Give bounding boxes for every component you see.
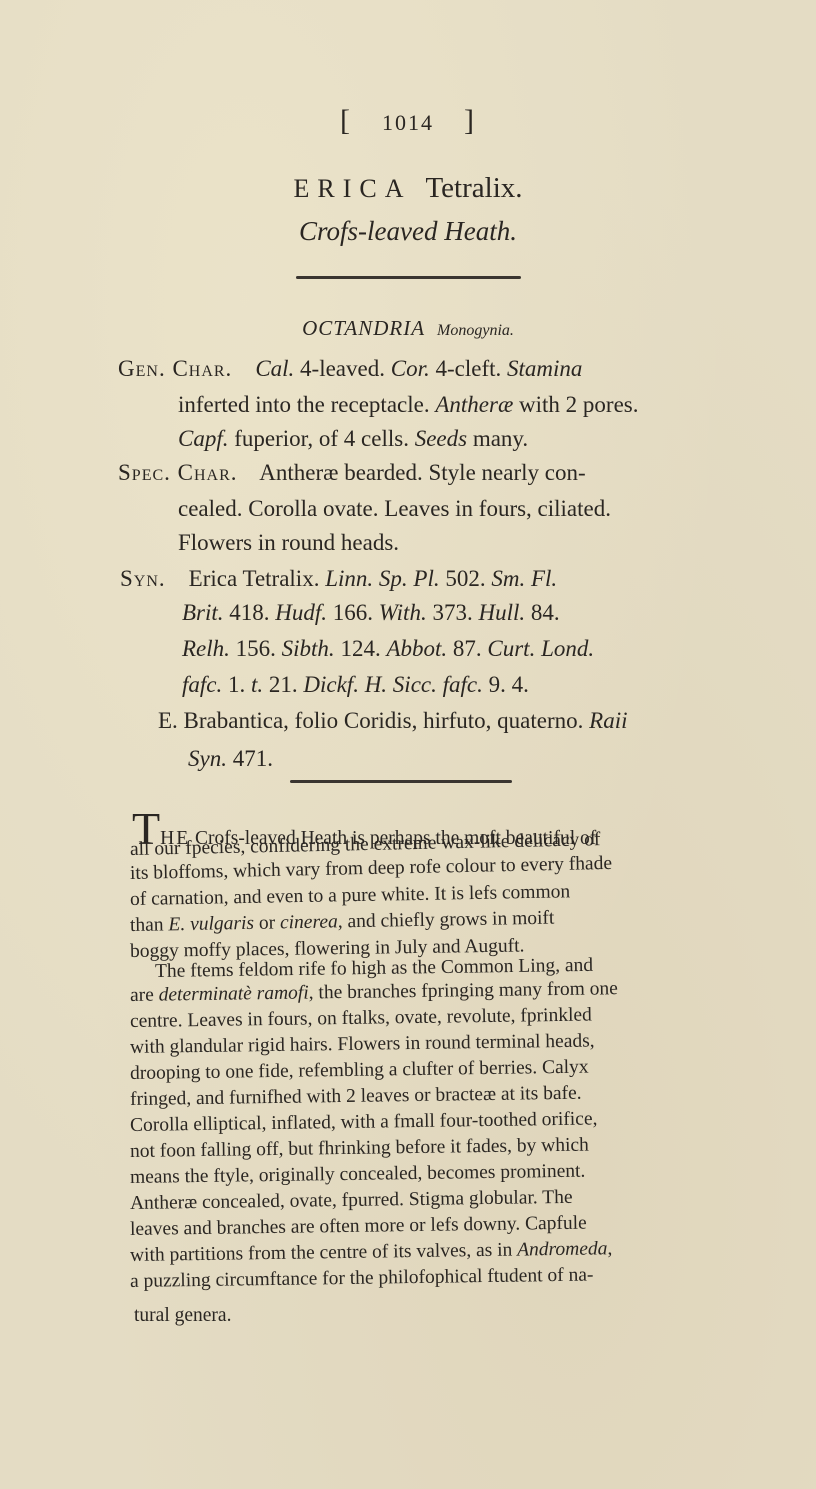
gen-char-line-1: Gen. Char. Cal. 4-leaved. Cor. 4-cleft. … (118, 356, 582, 382)
spec-char-line-3: Flowers in round heads. (178, 530, 399, 556)
order-name: Monogynia. (437, 322, 514, 339)
species-title: ERICATetralix. (0, 172, 816, 205)
ref: Linn. (325, 566, 373, 591)
desc-line-18: with partitions from the centre of its v… (130, 1239, 613, 1265)
ref: Sm. Fl. (491, 566, 557, 591)
text: with partitions from the centre of its v… (130, 1240, 517, 1266)
desc-line-16: Antheræ concealed, ovate, fpurred. Stigm… (130, 1188, 573, 1214)
spec-char-label: Spec. Char. (118, 460, 238, 485)
ref: With. (379, 600, 427, 625)
term: Seeds (415, 426, 467, 451)
desc-line-4: of carnation, and even to a pure white. … (130, 882, 571, 909)
syn-line-3: Relh. 156. Sibth. 124. Abbot. 87. Curt. … (182, 636, 594, 662)
class-name: OCTANDRIA (302, 316, 425, 340)
spec-char-line-2: cealed. Corolla ovate. Leaves in fours, … (178, 496, 611, 522)
text: 4-leaved. (294, 356, 390, 381)
ref: Abbot. (386, 636, 447, 661)
ref: Dickf. H. Sicc. fafc. (303, 672, 482, 697)
text: Antheræ bearded. Style nearly con- (259, 460, 585, 485)
book-page: [1014] ERICATetralix. Crofs-leaved Heath… (0, 0, 816, 1489)
text: 1. (222, 672, 251, 697)
ref: Sp. Pl. (379, 566, 440, 591)
desc-line-8: are determinatè ramofi, the branches fpr… (130, 979, 618, 1005)
classification: OCTANDRIAMonogynia. (0, 316, 816, 341)
text: 87. (447, 636, 487, 661)
gen-char-label: Gen. Char. (118, 356, 232, 381)
text: with 2 pores. (513, 392, 638, 417)
text: , and chiefly grows in moift (338, 908, 555, 933)
syn-line-2: Brit. 418. Hudf. 166. With. 373. Hull. 8… (182, 600, 560, 626)
syn-line-6: Syn. 471. (188, 746, 273, 772)
ref: Syn. (188, 746, 227, 771)
ref: t. (251, 672, 263, 697)
desc-line-19: a puzzling circumftance for the philofop… (130, 1266, 594, 1292)
ref: Brit. (182, 600, 224, 625)
text: than (130, 914, 169, 936)
text: or (254, 912, 280, 933)
divider-top (296, 276, 521, 279)
desc-line-15: means the ftyle, originally concealed, b… (130, 1162, 586, 1188)
term: E. vulgaris (168, 913, 254, 935)
text: 373. (427, 600, 479, 625)
text: many. (467, 426, 528, 451)
desc-line-14: not foon falling off, but fhrinking befo… (130, 1136, 589, 1162)
text: fuperior, of 4 cells. (228, 426, 414, 451)
text: inferted into the receptacle. (178, 392, 435, 417)
syn-line-4: fafc. 1. t. 21. Dickf. H. Sicc. fafc. 9.… (182, 672, 529, 698)
text: 471. (227, 746, 273, 771)
desc-line-7: The ftems feldom rife fo high as the Com… (155, 956, 593, 982)
text: 9. 4. (483, 672, 529, 697)
page-number: [1014] (0, 104, 816, 138)
desc-line-13: Corolla elliptical, inflated, with a fma… (130, 1109, 598, 1135)
ref: fafc. (182, 672, 222, 697)
spec-char-line-1: Spec. Char. Antheræ bearded. Style nearl… (118, 460, 586, 486)
term: Capf. (178, 426, 228, 451)
text: 124. (335, 636, 387, 661)
term: Andromeda (517, 1238, 608, 1260)
text: 156. (230, 636, 282, 661)
syn-line-5: E. Brabantica, folio Coridis, hirfuto, q… (158, 708, 628, 734)
bracket-right: ] (464, 104, 476, 137)
term: cinerea (280, 911, 338, 933)
ref: Hudf. (275, 600, 327, 625)
text: 84. (525, 600, 560, 625)
species-name: Tetralix. (425, 172, 522, 204)
text: 21. (263, 672, 303, 697)
ref: Hull. (478, 600, 525, 625)
text: , the branches fpringing many from one (309, 978, 618, 1003)
term: determinatè ramofi (159, 983, 309, 1006)
text: E. Brabantica, folio Coridis, hirfuto, q… (158, 708, 589, 733)
text: , (607, 1238, 612, 1259)
term: Stamina (507, 356, 582, 381)
syn-label: Syn. (120, 566, 166, 591)
desc-line-9: centre. Leaves in fours, on ftalks, ovat… (130, 1006, 592, 1032)
desc-line-20: tural genera. (134, 1306, 231, 1326)
text: Erica Tetralix. (189, 566, 326, 591)
text: 166. (327, 600, 379, 625)
ref: Sibth. (282, 636, 335, 661)
text: 502. (440, 566, 492, 591)
term: Antheræ (435, 392, 513, 417)
gen-char-line-2: inferted into the receptacle. Antheræ wi… (178, 392, 639, 418)
desc-line-17: leaves and branches are often more or le… (130, 1214, 587, 1240)
common-name: Crofs-leaved Heath. (0, 216, 816, 247)
text: 418. (224, 600, 276, 625)
ref: Curt. Lond. (487, 636, 594, 661)
term: Cor. (391, 356, 430, 381)
divider-bottom (290, 780, 512, 783)
genus-name: ERICA (293, 174, 411, 203)
page-number-value: 1014 (382, 110, 434, 135)
desc-line-12: fringed, and furnifhed with 2 leaves or … (130, 1084, 582, 1110)
bracket-left: [ (340, 104, 352, 137)
desc-line-5: than E. vulgaris or cinerea, and chiefly… (130, 909, 555, 936)
desc-line-11: drooping to one fide, refembling a cluft… (130, 1058, 589, 1084)
term: Cal. (255, 356, 294, 381)
ref: Relh. (182, 636, 230, 661)
desc-line-10: with glandular rigid hairs. Flowers in r… (130, 1032, 595, 1058)
syn-line-1: Syn. Erica Tetralix. Linn. Sp. Pl. 502. … (120, 566, 557, 592)
text: are (130, 985, 159, 1006)
ref: Raii (589, 708, 627, 733)
text: 4-cleft. (430, 356, 507, 381)
gen-char-line-3: Capf. fuperior, of 4 cells. Seeds many. (178, 426, 528, 452)
